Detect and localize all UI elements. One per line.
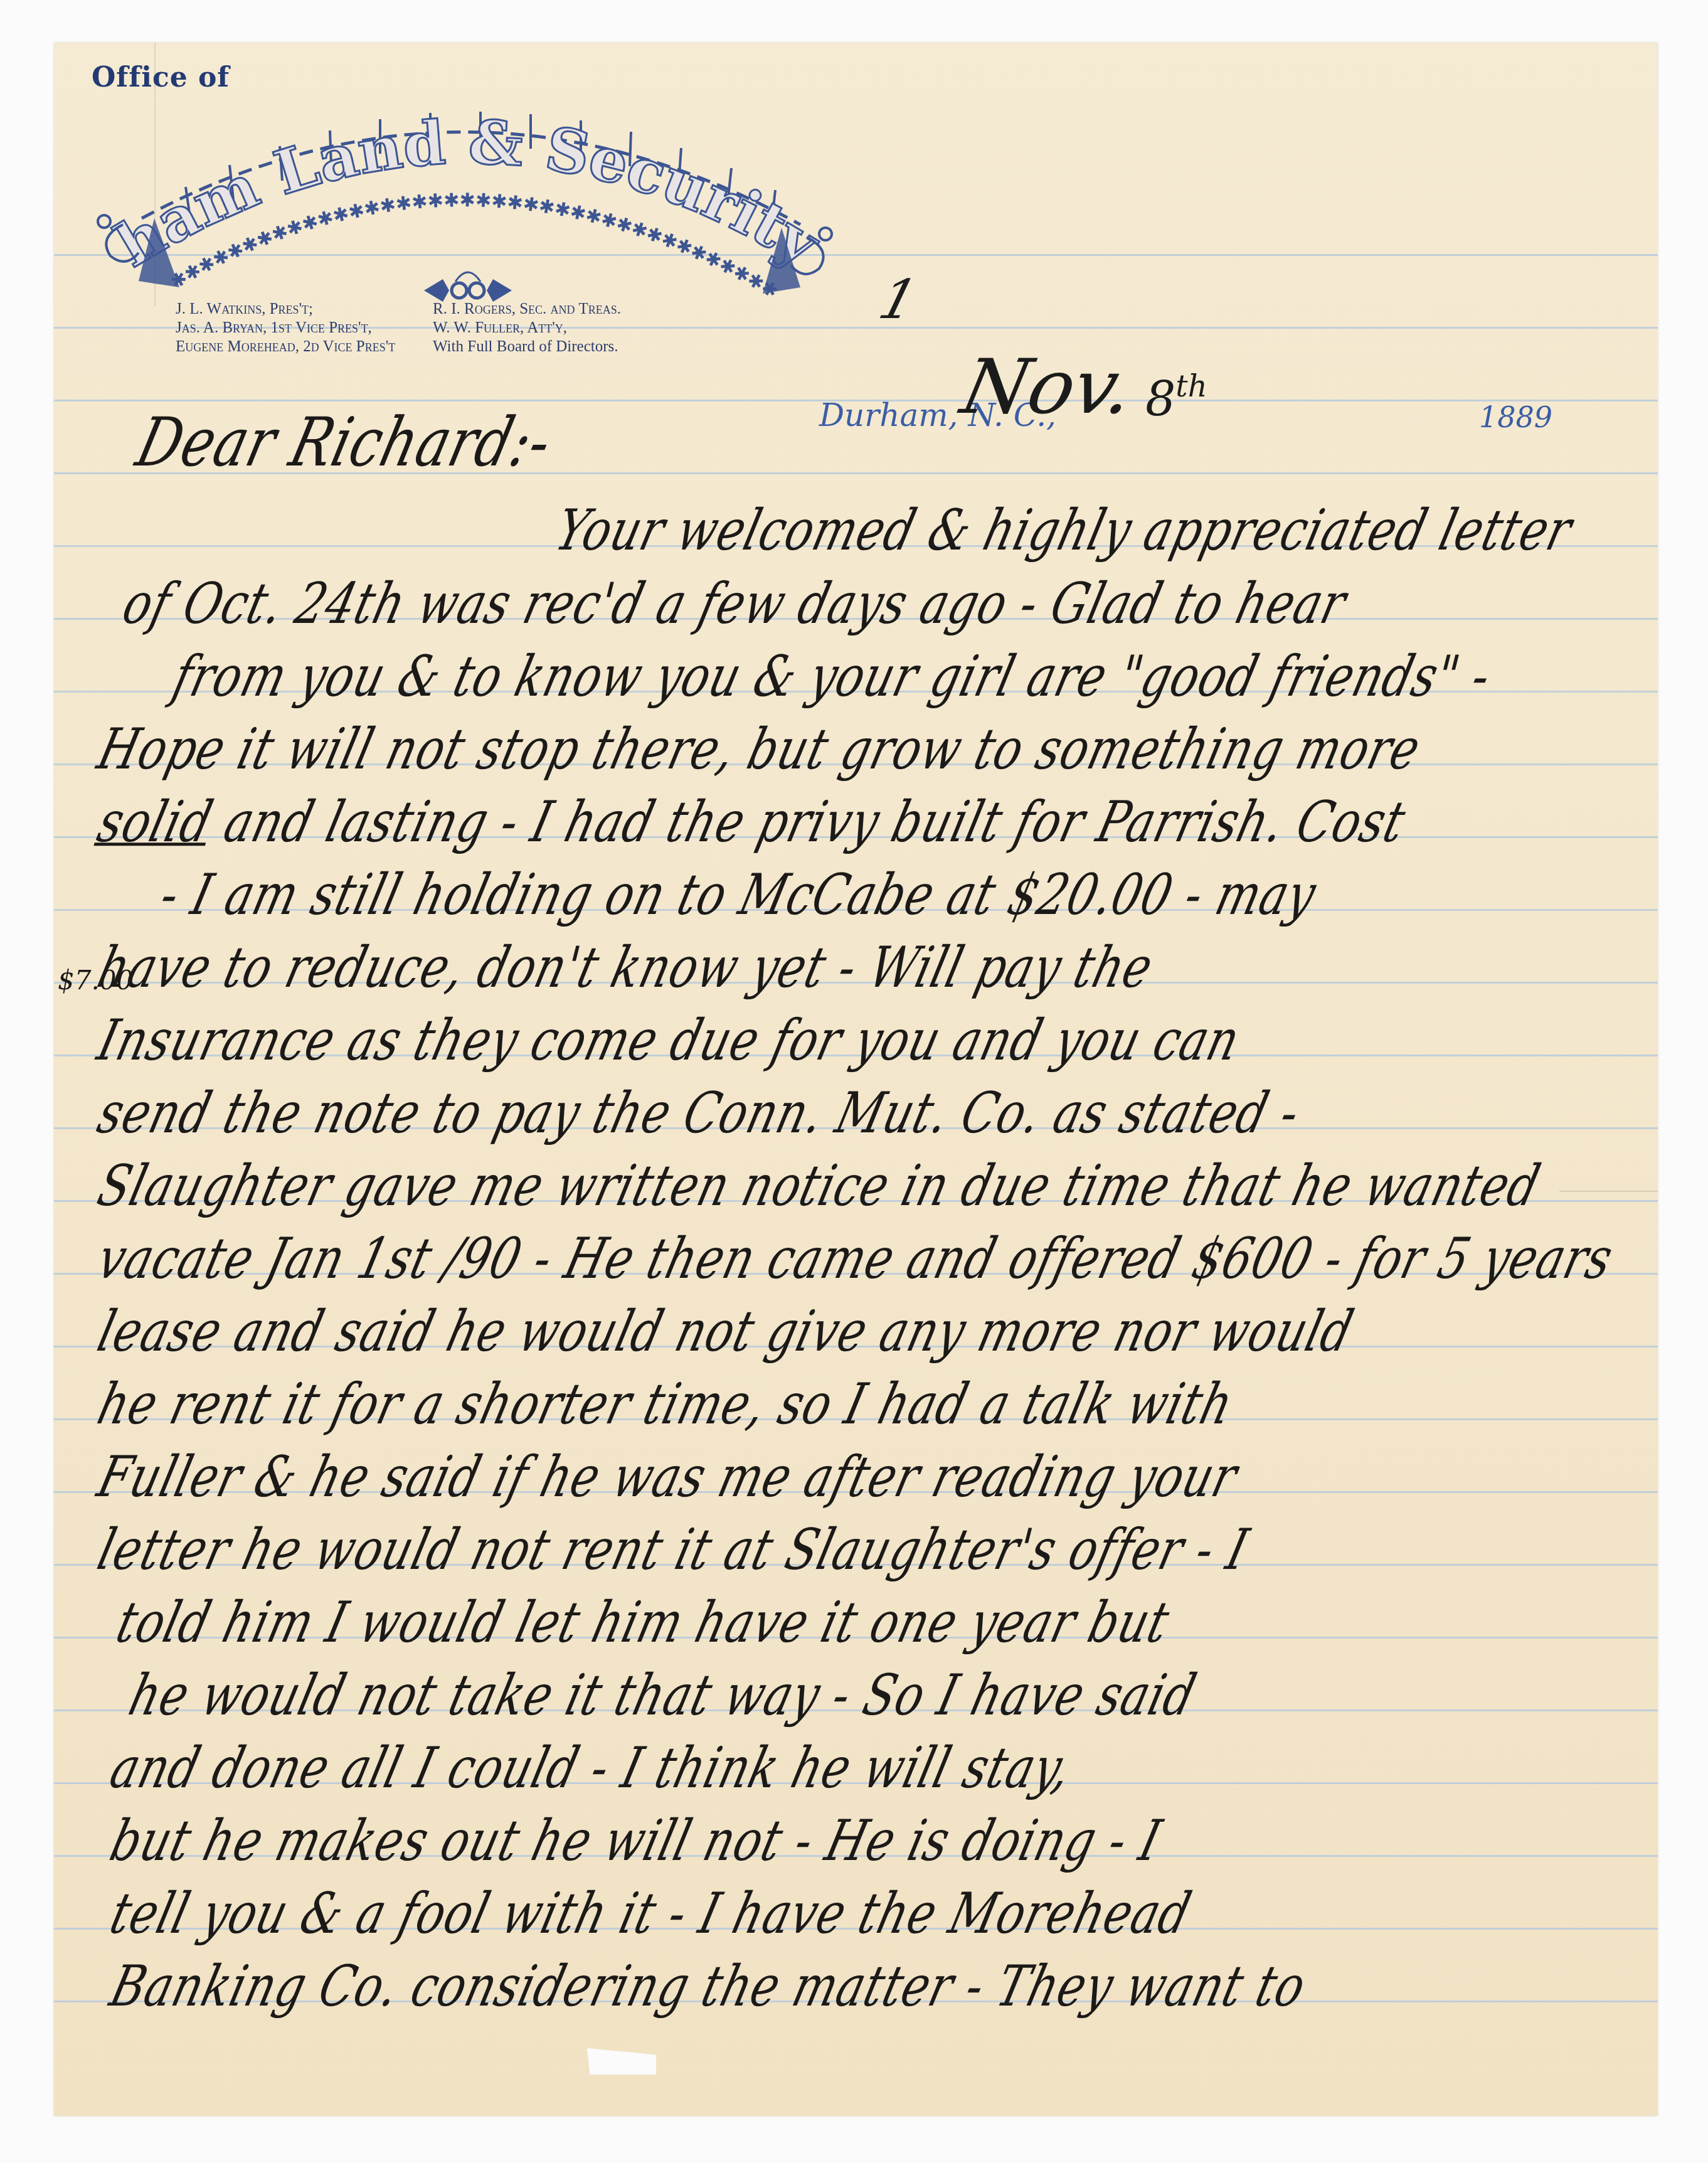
letter-line: solid and lasting - I had the privy buil… xyxy=(92,789,1412,854)
letter-line: lease and said he would not give any mor… xyxy=(92,1298,1360,1364)
officer-attorney: W. W. Fuller, Att'y, xyxy=(433,319,621,337)
day-number: 8 xyxy=(1145,371,1175,427)
officer-first-vice-president: Jas. A. Bryan, 1st Vice Pres't, xyxy=(176,319,395,337)
dateline-month: Nov. xyxy=(954,344,1141,431)
office-of-label: Office of xyxy=(92,61,230,93)
letter-line-rest: and lasting - I had the privy built for … xyxy=(203,789,1412,854)
page-number: 1 xyxy=(866,268,930,331)
letter-line: Banking Co. considering the matter - The… xyxy=(104,1953,1312,2019)
officers-list-left: J. L. Watkins, Pres't; Jas. A. Bryan, 1s… xyxy=(176,300,395,356)
dateline-year: 1889 xyxy=(1479,400,1552,434)
officers-list-right: R. I. Rogers, Sec. and Treas. W. W. Full… xyxy=(433,300,621,356)
officer-second-vice-president: Eugene Morehead, 2d Vice Pres't xyxy=(176,337,395,356)
letter-line: tell you & a fool with it - I have the M… xyxy=(104,1880,1198,1946)
dateline-day: 8th xyxy=(1145,369,1207,427)
board-of-directors-note: With Full Board of Directors. xyxy=(433,337,621,356)
salutation: Dear Richard:- xyxy=(129,403,560,482)
letter-line: vacate Jan 1st /90 - He then came and of… xyxy=(92,1225,1620,1291)
letter-page: Office of xyxy=(54,43,1658,2116)
emphasized-word: solid xyxy=(92,789,220,854)
letter-line: Slaughter gave me written notice in due … xyxy=(92,1152,1547,1218)
letter-line: of Oct. 24th was rec'd a few days ago - … xyxy=(117,570,1353,636)
company-letterhead: Durham Land & Security Co. ✱✱✱✱✱✱✱✱✱✱✱✱✱… xyxy=(79,93,857,300)
letter-line: and done all I could - I think he will s… xyxy=(104,1735,1078,1800)
letter-line: letter he would not rent it at Slaughter… xyxy=(92,1516,1255,1582)
officer-president: J. L. Watkins, Pres't; xyxy=(176,300,395,319)
letterhead-ornament-icon: Durham Land & Security Co. ✱✱✱✱✱✱✱✱✱✱✱✱✱… xyxy=(79,93,857,300)
letter-line: from you & to know you & your girl are "… xyxy=(167,643,1498,709)
letter-line: Hope it will not stop there, but grow to… xyxy=(92,716,1427,782)
letter-line: have to reduce, don't know yet - Will pa… xyxy=(92,934,1160,1000)
officer-secretary-treasurer: R. I. Rogers, Sec. and Treas. xyxy=(433,300,621,319)
letter-line: Your welcomed & highly appreciated lette… xyxy=(549,497,1579,563)
letter-line: told him I would let him have it one yea… xyxy=(110,1589,1176,1655)
letter-line: but he makes out he will not - He is doi… xyxy=(104,1807,1168,1873)
letter-line: Insurance as they come due for you and y… xyxy=(92,1007,1246,1073)
letter-line: Fuller & he said if he was me after read… xyxy=(92,1443,1244,1509)
day-suffix: th xyxy=(1175,369,1207,404)
letter-line: - I am still holding on to McCabe at $20… xyxy=(154,861,1323,927)
paper-crease xyxy=(1559,1191,1658,1192)
letter-line: he would not take it that way - So I hav… xyxy=(123,1662,1203,1728)
letter-line: send the note to pay the Conn. Mut. Co. … xyxy=(92,1080,1307,1145)
letter-line: he rent it for a shorter time, so I had … xyxy=(92,1371,1240,1437)
